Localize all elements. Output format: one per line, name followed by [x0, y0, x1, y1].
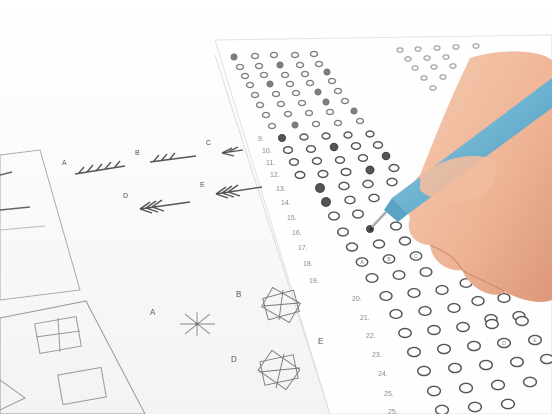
arrow-question: A B C D E: [62, 140, 262, 213]
svg-text:D: D: [502, 341, 506, 347]
row-number: 15.: [287, 215, 297, 222]
row-number: 23.: [372, 352, 382, 359]
row-number: 10.: [262, 148, 272, 155]
answer-sheet-photo: A B C D E: [0, 0, 552, 414]
row-number: 14.: [281, 200, 291, 207]
option-label: D: [231, 355, 237, 364]
svg-text:C: C: [414, 254, 418, 260]
row-number: 25.: [384, 391, 394, 398]
option-label: B: [236, 290, 241, 299]
option-label: B: [135, 150, 140, 157]
row-number: 24.: [378, 371, 388, 378]
row-number: 12.: [270, 172, 280, 179]
row-number: 9.: [258, 136, 264, 143]
shape-panel: [0, 301, 145, 414]
row-number: 22.: [366, 333, 376, 340]
option-label: D: [123, 193, 128, 200]
arrow-figure-a: [75, 161, 125, 174]
option-label: E: [318, 337, 323, 346]
row-number: 25.: [388, 409, 398, 414]
row-number: 18.: [303, 261, 313, 268]
row-number: 11.: [266, 160, 275, 167]
arrow-figure-e: [216, 185, 262, 198]
row-number: 21.: [360, 315, 370, 322]
option-label: C: [206, 140, 211, 147]
arrow-figure-b: [150, 153, 196, 162]
row-number: 17.: [298, 245, 308, 252]
shape-question: A B D E: [150, 287, 323, 389]
star-figure-b: [262, 287, 301, 322]
arrow-figure-d: [140, 200, 190, 213]
photo-scene: A B C D E: [0, 0, 552, 414]
option-label: A: [62, 160, 67, 167]
asterisk-figure: [180, 312, 215, 336]
row-number: 16.: [292, 230, 302, 237]
arrow-figure-c: [222, 147, 243, 156]
option-label: E: [200, 182, 205, 189]
option-label: A: [150, 308, 156, 317]
row-number: 20.: [352, 296, 362, 303]
row-number: 13.: [276, 186, 286, 193]
star-figure-d: [258, 350, 300, 389]
row-number: 19.: [309, 278, 319, 285]
